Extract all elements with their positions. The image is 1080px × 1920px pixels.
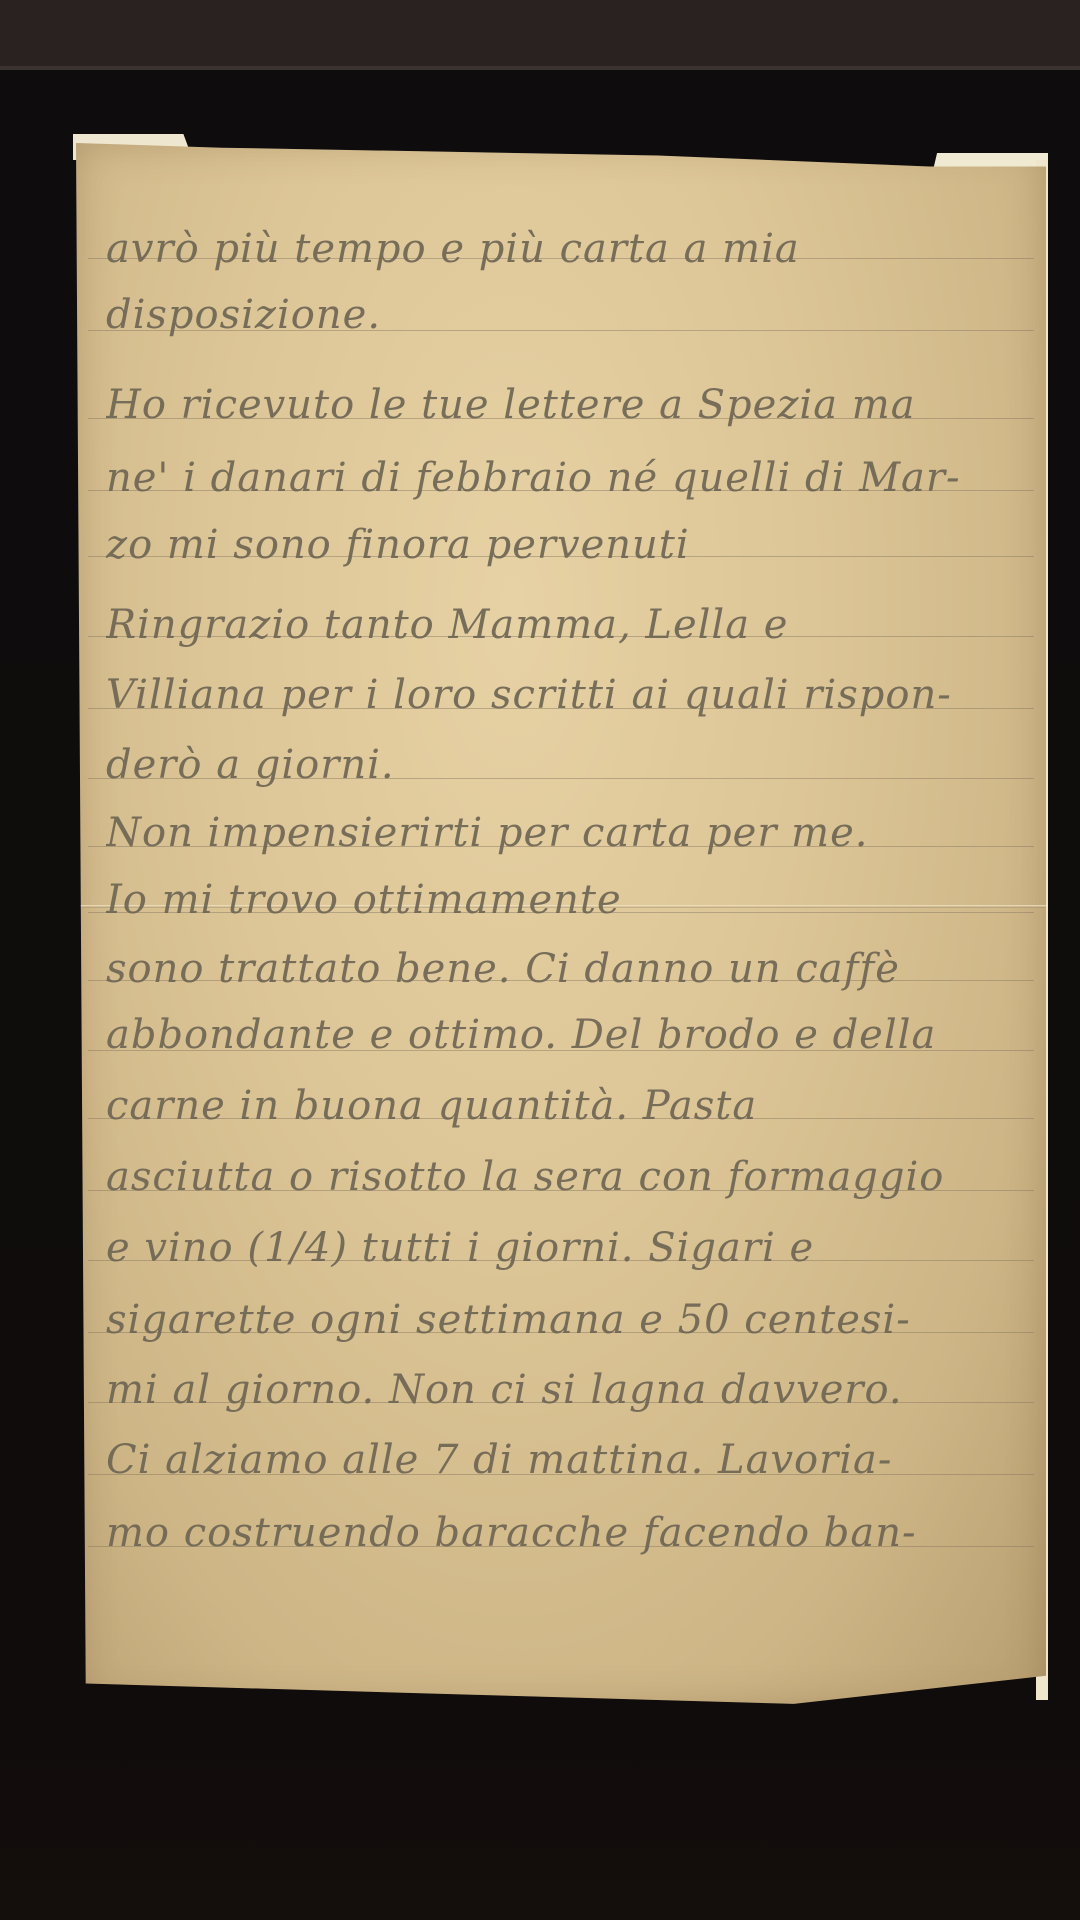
text-line: mo costruendo baracche facendo ban- — [106, 1510, 1040, 1556]
text-line: Ho ricevuto le tue lettere a Spezia ma — [106, 382, 1040, 428]
text-line: Villiana per i loro scritti ai quali ris… — [106, 672, 1040, 718]
text-line: ne' i danari di febbraio né quelli di Ma… — [106, 455, 1040, 501]
letter-page: avrò più tempo e più carta a mia disposi… — [76, 143, 1046, 1707]
text-line: Ci alziamo alle 7 di mattina. Lavoria- — [106, 1437, 1040, 1483]
text-line: Io mi trovo ottimamente — [106, 877, 1040, 923]
text-line: zo mi sono finora pervenuti — [106, 522, 1040, 568]
text-line: Non impensierirti per carta per me. — [106, 810, 1040, 856]
text-line: asciutta o risotto la sera con formaggio — [106, 1154, 1040, 1200]
display-case-edge — [0, 66, 1080, 70]
handwritten-text: avrò più tempo e più carta a mia disposi… — [76, 143, 1046, 1707]
text-line: disposizione. — [106, 292, 1040, 338]
text-line: abbondante e ottimo. Del brodo e della — [106, 1012, 1040, 1058]
text-line: sigarette ogni settimana e 50 centesi- — [106, 1297, 1040, 1343]
text-line: derò a giorni. — [106, 742, 1040, 788]
text-line: mi al giorno. Non ci si lagna davvero. — [106, 1367, 1040, 1413]
text-line: avrò più tempo e più carta a mia — [106, 226, 1040, 272]
text-line: e vino (1/4) tutti i giorni. Sigari e — [106, 1225, 1040, 1271]
text-line: Ringrazio tanto Mamma, Lella e — [106, 602, 1040, 648]
text-line: sono trattato bene. Ci danno un caffè — [106, 946, 1040, 992]
text-line: carne in buona quantità. Pasta — [106, 1083, 1040, 1129]
